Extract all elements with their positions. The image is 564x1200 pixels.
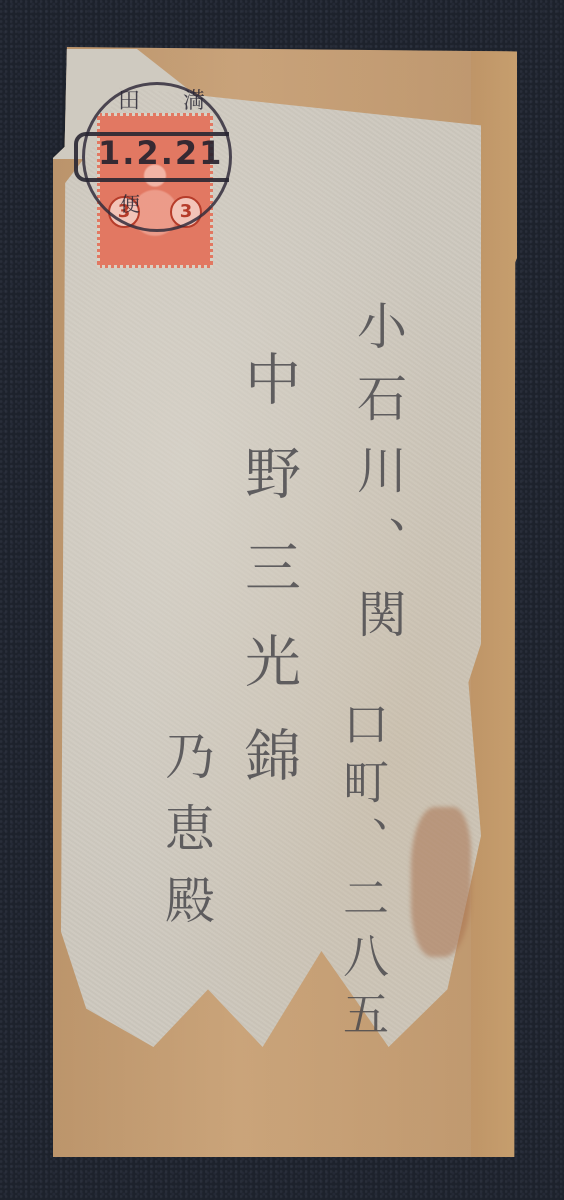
- address-line-1: 小石川、関: [342, 300, 414, 660]
- postmark-top-text: 田 満: [118, 84, 223, 115]
- stain-mark: [411, 807, 471, 957]
- recipient-name: 中野三光錦: [228, 350, 308, 820]
- postmark-bottom-text: 便: [120, 188, 150, 217]
- address-line-2: 口町、二八五: [330, 700, 396, 1048]
- postmark-date: 1.2.21: [98, 134, 223, 172]
- recipient-honorific: 乃恵殿: [150, 730, 222, 946]
